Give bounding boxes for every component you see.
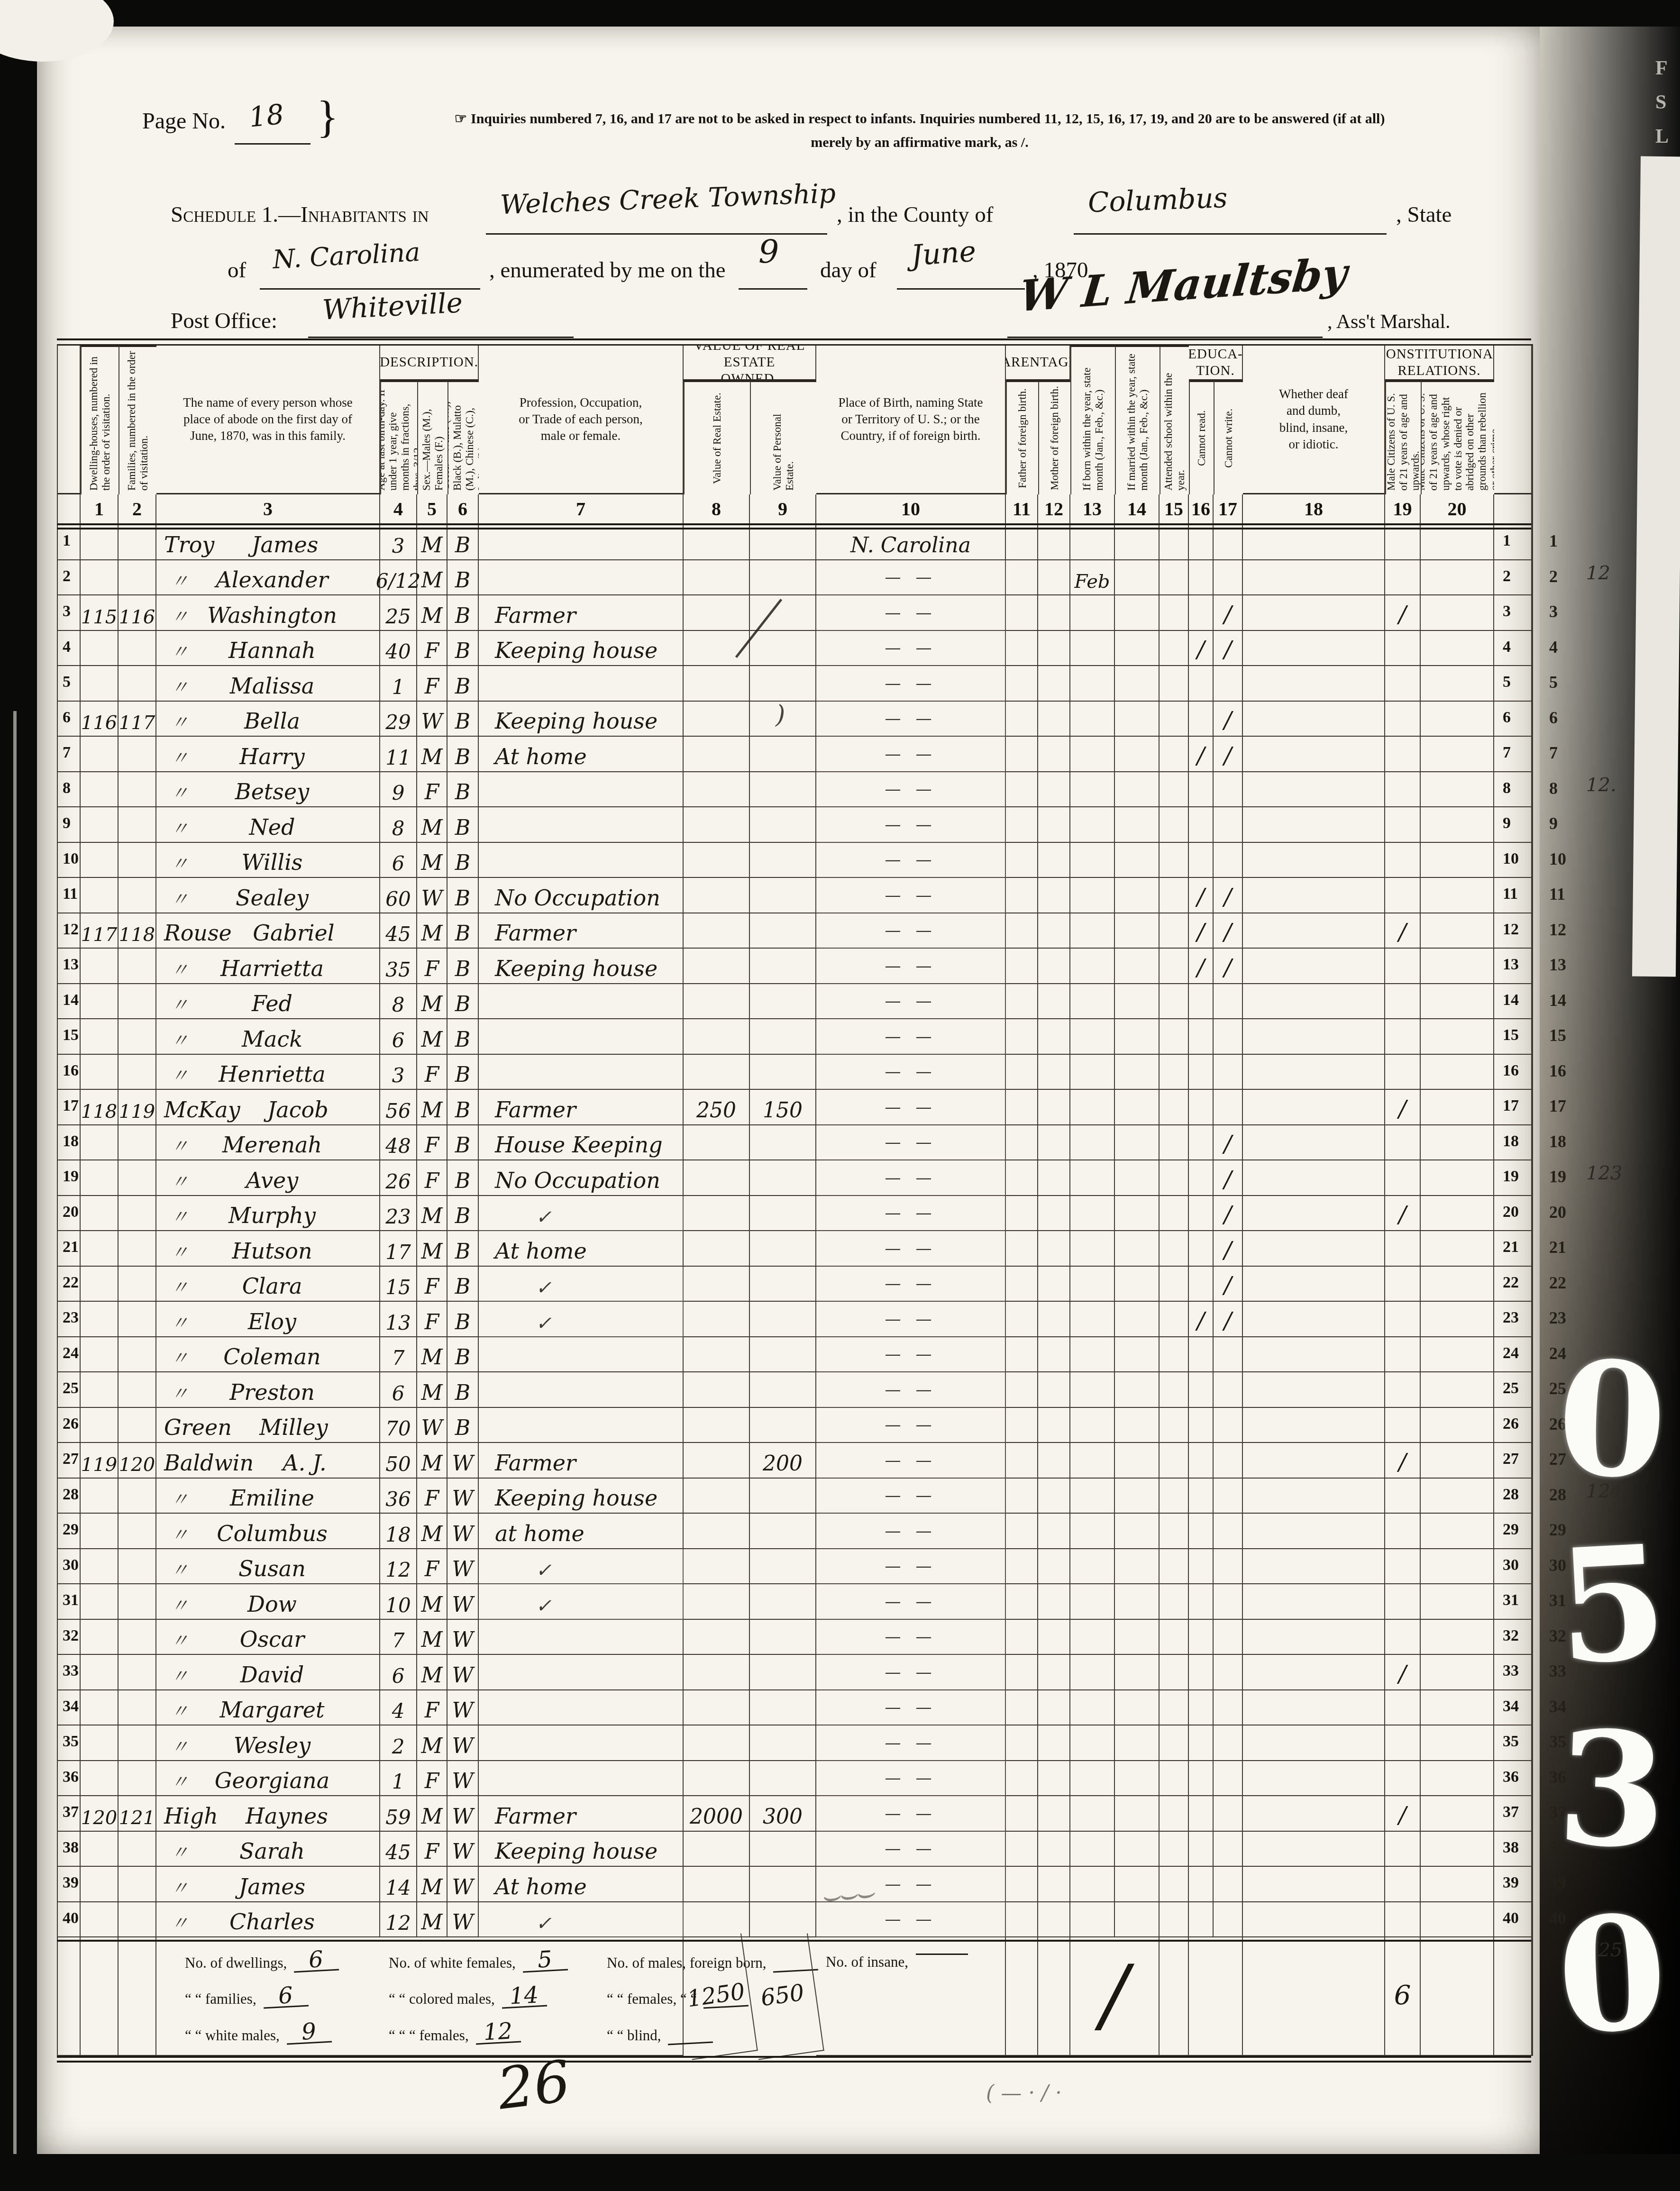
rule-header [57, 523, 1531, 525]
column-number: 1 [81, 494, 119, 525]
cell-birthplace: — — [816, 1655, 1006, 1690]
cell-mark-16: / [1189, 949, 1214, 984]
corner-letter: F [1655, 57, 1668, 80]
cell-name: 〃Malissa [156, 666, 380, 702]
column-header: If born within the year, state month (Ja… [1070, 346, 1115, 494]
cell-birthplace: — — [816, 1443, 1006, 1479]
cell-mark-20 [1421, 631, 1494, 666]
given-name: Preston [189, 1379, 379, 1405]
cell-family [119, 1479, 156, 1514]
cell-mark-14 [1115, 1302, 1160, 1337]
cell-age: 7 [380, 1337, 417, 1373]
cell-personal-estate [750, 1655, 816, 1690]
ditto-mark: 〃 [164, 1520, 189, 1546]
cell-dwelling [81, 1019, 119, 1055]
cell-color: B [447, 843, 479, 878]
cell-occupation [479, 1055, 684, 1090]
cell-age: 23 [380, 1196, 417, 1232]
cell-personal-estate [750, 631, 816, 666]
cell-dwelling: 117 [81, 913, 119, 949]
row-number-right: 25 [1494, 1372, 1532, 1408]
cell-birthplace: — — [816, 1832, 1006, 1867]
column-group-header: EDUCA- TION. [1189, 346, 1243, 381]
cell-mark-11 [1006, 878, 1038, 913]
cell-real-estate [684, 702, 750, 737]
cell-dwelling [81, 843, 119, 878]
cell-mark-18 [1243, 560, 1385, 596]
cell-mark-11 [1006, 1549, 1038, 1585]
cell-real-estate [684, 560, 750, 596]
cell-mark-14 [1115, 1584, 1160, 1620]
cell-age: 6 [380, 843, 417, 878]
cell-mark-14 [1115, 702, 1160, 737]
cell-mark-12 [1038, 1443, 1070, 1479]
cell-mark-18 [1243, 1267, 1385, 1302]
edge-row-number: 17 [1549, 1096, 1587, 1131]
cell-mark-13 [1070, 1408, 1115, 1443]
cell-real-estate [684, 1231, 750, 1267]
cell-birthplace: N. Carolina [816, 525, 1006, 560]
column-number: 11 [1006, 494, 1038, 525]
ditto-mark: 〃 [164, 637, 189, 663]
cell-mark-14 [1115, 1372, 1160, 1408]
cell-family [119, 1408, 156, 1443]
row-number-right: 6 [1494, 702, 1532, 737]
cell-mark-16 [1189, 1408, 1214, 1443]
cell-color: B [447, 984, 479, 1020]
column-header: Whether deaf and dumb, blind, insane, or… [1243, 346, 1385, 494]
cell-mark-13 [1070, 1479, 1115, 1514]
cell-mark-20 [1421, 807, 1494, 843]
cell-family [119, 1267, 156, 1302]
cell-age: 50 [380, 1443, 417, 1479]
cell-name: 〃Susan [156, 1549, 380, 1585]
cell-mark-15 [1160, 1443, 1189, 1479]
cell-mark-13 [1070, 772, 1115, 808]
insane-blank [916, 1954, 968, 1955]
cell-mark-18 [1243, 1443, 1385, 1479]
cell-mark-19 [1385, 1019, 1421, 1055]
cell-mark-18 [1243, 1372, 1385, 1408]
cell-mark-12 [1038, 1584, 1070, 1620]
given-name: Betsey [189, 779, 379, 804]
cell-mark-13 [1070, 1125, 1115, 1161]
cell-birthplace: — — [816, 1796, 1006, 1832]
cell-sex: M [417, 1867, 447, 1902]
cell-personal-estate [750, 737, 816, 772]
page-no-value: 18 [247, 98, 286, 133]
cell-mark-17: / [1214, 878, 1243, 913]
cell-family [119, 1620, 156, 1655]
cell-occupation [479, 1761, 684, 1797]
cell-dwelling: 118 [81, 1090, 119, 1125]
given-name: Alexander [189, 567, 379, 593]
cell-mark-12 [1038, 560, 1070, 596]
cell-personal-estate [750, 949, 816, 984]
ditto-mark: 〃 [164, 1662, 189, 1688]
cell-real-estate [684, 1337, 750, 1373]
cell-real-estate [684, 1584, 750, 1620]
given-name: Hutson [189, 1238, 379, 1264]
cell-mark-14 [1115, 1832, 1160, 1867]
cell-mark-18 [1243, 1196, 1385, 1232]
row-number-right: 36 [1494, 1761, 1532, 1797]
cell-mark-20 [1421, 1902, 1494, 1938]
cell-mark-15 [1160, 1302, 1189, 1337]
cell-mark-20 [1421, 1832, 1494, 1867]
cell-mark-16 [1189, 1479, 1214, 1514]
cell-mark-12 [1038, 1337, 1070, 1373]
cell-mark-17 [1214, 1055, 1243, 1090]
row-number-left: 16 [58, 1055, 81, 1090]
cell-mark-16 [1189, 702, 1214, 737]
cell-mark-11 [1006, 1655, 1038, 1690]
cell-mark-11 [1006, 1902, 1038, 1938]
cell-color: W [447, 1479, 479, 1514]
footer-blank [1189, 1937, 1243, 2056]
cell-birthplace: — — [816, 1725, 1006, 1761]
film-frame-digit: 0 [1554, 1893, 1671, 2055]
cell-mark-12 [1038, 1549, 1070, 1585]
cell-dwelling [81, 1832, 119, 1867]
given-name: Gabriel [232, 920, 379, 946]
cell-age: 13 [380, 1302, 417, 1337]
cell-mark-18 [1243, 1479, 1385, 1514]
cell-mark-18 [1243, 1408, 1385, 1443]
given-name: Harrietta [189, 956, 379, 981]
cell-age: 9 [380, 772, 417, 808]
cell-mark-12 [1038, 1867, 1070, 1902]
cell-personal-estate [750, 1549, 816, 1585]
cell-occupation: ✓ [479, 1584, 684, 1620]
given-name: Bella [189, 708, 379, 734]
cell-mark-12 [1038, 1902, 1070, 1938]
ditto-mark: 〃 [164, 1343, 189, 1369]
cell-mark-13 [1070, 525, 1115, 560]
cell-color: W [447, 1620, 479, 1655]
cell-dwelling [81, 1196, 119, 1232]
signature-underline [1007, 337, 1323, 338]
footer-blank [1006, 1937, 1038, 2056]
row-number-left: 17 [58, 1090, 81, 1125]
cell-mark-15 [1160, 1690, 1189, 1726]
cell-mark-17 [1214, 560, 1243, 596]
cell-mark-19 [1385, 1761, 1421, 1797]
cell-mark-14 [1115, 1902, 1160, 1938]
cell-mark-11 [1006, 631, 1038, 666]
cell-birthplace: — — [816, 1196, 1006, 1232]
column-number: 14 [1115, 494, 1160, 525]
column-number: 9 [750, 494, 816, 525]
cell-mark-16 [1189, 984, 1214, 1020]
cell-mark-19: / [1385, 1655, 1421, 1690]
cell-name: 〃Alexander [156, 560, 380, 596]
cell-mark-20 [1421, 1372, 1494, 1408]
cell-name: 〃Sealey [156, 878, 380, 913]
ink-stray-marks: ( — · / · [986, 2081, 1062, 2105]
given-name: Jacob [240, 1097, 379, 1123]
row-number-right: 21 [1494, 1231, 1532, 1267]
cell-age: 59 [380, 1796, 417, 1832]
ditto-mark: 〃 [164, 1167, 189, 1193]
row-number-right: 30 [1494, 1549, 1532, 1585]
cell-mark-18 [1243, 807, 1385, 843]
cell-mark-18 [1243, 1302, 1385, 1337]
cell-mark-15 [1160, 1267, 1189, 1302]
cell-name: 〃David [156, 1655, 380, 1690]
given-name: Washington [189, 603, 379, 628]
row-number-left: 10 [58, 843, 81, 878]
cell-mark-17 [1214, 1090, 1243, 1125]
row-number-right: 4 [1494, 631, 1532, 666]
cell-name: 〃Avey [156, 1160, 380, 1196]
cell-mark-14 [1115, 595, 1160, 631]
cell-mark-13 [1070, 1443, 1115, 1479]
footer-blank [119, 1937, 156, 2056]
cell-mark-16 [1189, 772, 1214, 808]
cell-mark-14 [1115, 631, 1160, 666]
total-label: No. of dwellings, [185, 1954, 287, 1972]
cell-occupation: No Occupation [479, 878, 684, 913]
cell-name: 〃Merenah [156, 1125, 380, 1161]
cell-dwelling [81, 1055, 119, 1090]
cell-sex: F [417, 1690, 447, 1726]
cell-sex: F [417, 1302, 447, 1337]
cell-mark-18 [1243, 1620, 1385, 1655]
ditto-mark: 〃 [164, 814, 189, 840]
cell-mark-14 [1115, 1867, 1160, 1902]
cell-mark-15 [1160, 1160, 1189, 1196]
cell-occupation: ✓ [479, 1267, 684, 1302]
given-name: Sarah [189, 1838, 379, 1864]
cell-mark-19 [1385, 1337, 1421, 1373]
ink-stray-paren: ) [776, 701, 785, 729]
column-header: Profession, Occupation, or Trade of each… [479, 346, 684, 494]
row-number-left: 27 [58, 1443, 81, 1479]
row-number-left: 8 [58, 772, 81, 808]
cell-mark-12 [1038, 595, 1070, 631]
row-number-right: 26 [1494, 1408, 1532, 1443]
cell-mark-15 [1160, 1620, 1189, 1655]
column-header: Age at last birth-day. If under 1 year, … [380, 381, 417, 494]
cell-mark-20 [1421, 1620, 1494, 1655]
ditto-mark: 〃 [164, 1308, 189, 1334]
cell-mark-19 [1385, 1408, 1421, 1443]
cell-color: B [447, 913, 479, 949]
edge-row-number: 10 [1549, 849, 1587, 884]
ditto-mark: 〃 [164, 1697, 189, 1723]
total-value: 12 [475, 2021, 521, 2045]
cell-mark-17: / [1214, 631, 1243, 666]
cell-mark-20 [1421, 949, 1494, 984]
cell-family: 120 [119, 1443, 156, 1479]
ditto-mark: 〃 [164, 778, 189, 804]
ditto-mark: 〃 [164, 1061, 189, 1087]
rule-top [57, 338, 1531, 340]
cell-age: 3 [380, 525, 417, 560]
cell-mark-19: / [1385, 1090, 1421, 1125]
row-number-left: 15 [58, 1019, 81, 1055]
cell-mark-14 [1115, 1796, 1160, 1832]
column-header: If married within the year, state month … [1115, 346, 1160, 494]
given-name: Fed [189, 991, 379, 1016]
cell-birthplace: — — [816, 1372, 1006, 1408]
row-number-left: 7 [58, 737, 81, 772]
day-value: 9 [758, 233, 779, 271]
cell-dwelling [81, 1160, 119, 1196]
cell-name: 〃Fed [156, 984, 380, 1020]
cell-age: 1 [380, 666, 417, 702]
cell-personal-estate [750, 843, 816, 878]
cell-mark-18 [1243, 1160, 1385, 1196]
cell-mark-11 [1006, 737, 1038, 772]
cell-occupation [479, 1019, 684, 1055]
cell-family [119, 1725, 156, 1761]
cell-sex: M [417, 807, 447, 843]
cell-name: 〃Coleman [156, 1337, 380, 1373]
cell-personal-estate [750, 525, 816, 560]
cell-real-estate [684, 525, 750, 560]
cell-mark-14 [1115, 1655, 1160, 1690]
month-underline [897, 288, 1025, 290]
cell-mark-20 [1421, 878, 1494, 913]
cell-occupation [479, 1372, 684, 1408]
row-number-right: 9 [1494, 807, 1532, 843]
cell-birthplace: — — [816, 1620, 1006, 1655]
column-group-header: CONSTITUTIONAL RELATIONS. [1385, 346, 1494, 381]
cell-mark-19: / [1385, 1796, 1421, 1832]
cell-dwelling [81, 1125, 119, 1161]
cell-birthplace: — — [816, 1090, 1006, 1125]
cell-family [119, 560, 156, 596]
microfilm-frame: Page No. 18 } ☞ Inquiries numbered 7, 16… [0, 0, 1680, 2191]
cell-personal-estate [750, 1832, 816, 1867]
cell-age: 18 [380, 1514, 417, 1549]
cell-mark-13 [1070, 1867, 1115, 1902]
ditto-mark: 〃 [164, 1202, 189, 1228]
column-header: Male Citizens of U. S. of 21 years of ag… [1421, 381, 1494, 494]
cell-name: BaldwinA. J. [156, 1443, 380, 1479]
given-name: Wesley [189, 1733, 379, 1758]
cell-sex: M [417, 1196, 447, 1232]
edge-row-number: 9 [1549, 813, 1587, 849]
cell-mark-14 [1115, 772, 1160, 808]
cell-mark-19 [1385, 525, 1421, 560]
cell-sex: M [417, 1019, 447, 1055]
cell-dwelling [81, 1231, 119, 1267]
cell-color: B [447, 807, 479, 843]
cell-color: B [447, 878, 479, 913]
cell-mark-13 [1070, 984, 1115, 1020]
cell-mark-11 [1006, 702, 1038, 737]
given-name: Eloy [189, 1309, 379, 1334]
ditto-mark: 〃 [164, 1873, 189, 1899]
column-number: 8 [684, 494, 750, 525]
cell-mark-20 [1421, 1337, 1494, 1373]
footer-blank [1243, 1937, 1385, 2056]
row-number-left: 36 [58, 1761, 81, 1797]
cell-mark-18 [1243, 984, 1385, 1020]
cell-age: 17 [380, 1231, 417, 1267]
cell-mark-18 [1243, 913, 1385, 949]
column-group-header: VALUE OF REAL ESTATE OWNED. [684, 346, 816, 381]
row-number-right: 27 [1494, 1443, 1532, 1479]
column-number: 19 [1385, 494, 1421, 525]
cell-mark-11 [1006, 1302, 1038, 1337]
column-header: Cannot write. [1214, 381, 1243, 494]
cell-mark-12 [1038, 1620, 1070, 1655]
ditto-mark: 〃 [164, 849, 189, 875]
cell-mark-20 [1421, 1761, 1494, 1797]
total-label: “ “ blind, [607, 2027, 661, 2044]
cell-mark-15 [1160, 949, 1189, 984]
cell-mark-17 [1214, 1372, 1243, 1408]
cell-mark-11 [1006, 1160, 1038, 1196]
cell-real-estate [684, 737, 750, 772]
cell-color: B [447, 1019, 479, 1055]
row-number-left: 22 [58, 1267, 81, 1302]
cell-real-estate [684, 1620, 750, 1655]
cell-family: 116 [119, 595, 156, 631]
brace: } [317, 90, 338, 143]
cell-color: W [447, 1832, 479, 1867]
cell-mark-19 [1385, 1125, 1421, 1161]
row-number-right: 39 [1494, 1867, 1532, 1902]
insane-label: No. of insane, [826, 1954, 908, 1971]
cell-mark-16 [1189, 666, 1214, 702]
cell-birthplace: — — [816, 1408, 1006, 1443]
cell-mark-20 [1421, 843, 1494, 878]
row-number-left: 11 [58, 878, 81, 913]
cell-mark-16 [1189, 1761, 1214, 1797]
row-number-right: 15 [1494, 1019, 1532, 1055]
cell-real-estate [684, 1019, 750, 1055]
row-number-right: 5 [1494, 666, 1532, 702]
given-name: Willis [189, 849, 379, 875]
cell-mark-13 [1070, 1090, 1115, 1125]
cell-mark-19: / [1385, 1443, 1421, 1479]
cell-mark-16 [1189, 1443, 1214, 1479]
cell-mark-14 [1115, 807, 1160, 843]
cell-age: 25 [380, 595, 417, 631]
given-name: Malissa [189, 673, 379, 699]
cell-mark-15 [1160, 737, 1189, 772]
cell-personal-estate [750, 772, 816, 808]
row-number-right: 3 [1494, 595, 1532, 631]
total-value: 5 [522, 1949, 568, 1973]
given-name: Mack [189, 1026, 379, 1052]
cell-dwelling [81, 1902, 119, 1938]
cell-mark-17: / [1214, 1267, 1243, 1302]
cell-mark-16 [1189, 1231, 1214, 1267]
cell-mark-14 [1115, 560, 1160, 596]
cell-name: 〃Harry [156, 737, 380, 772]
cell-dwelling [81, 1620, 119, 1655]
cell-personal-estate [750, 1231, 816, 1267]
census-table: DESCRIPTION.VALUE OF REAL ESTATE OWNED.P… [57, 344, 1533, 2056]
cell-occupation: Farmer [479, 1796, 684, 1832]
cell-color: B [447, 1267, 479, 1302]
cell-occupation: Farmer [479, 1443, 684, 1479]
total-value: 14 [501, 1985, 547, 2009]
cell-mark-19 [1385, 1372, 1421, 1408]
cell-mark-20 [1421, 1408, 1494, 1443]
cell-mark-14 [1115, 1055, 1160, 1090]
edge-row-number: 6 [1549, 708, 1587, 743]
cell-personal-estate [750, 1725, 816, 1761]
row-number-right: 37 [1494, 1796, 1532, 1832]
column-number: 18 [1243, 494, 1385, 525]
